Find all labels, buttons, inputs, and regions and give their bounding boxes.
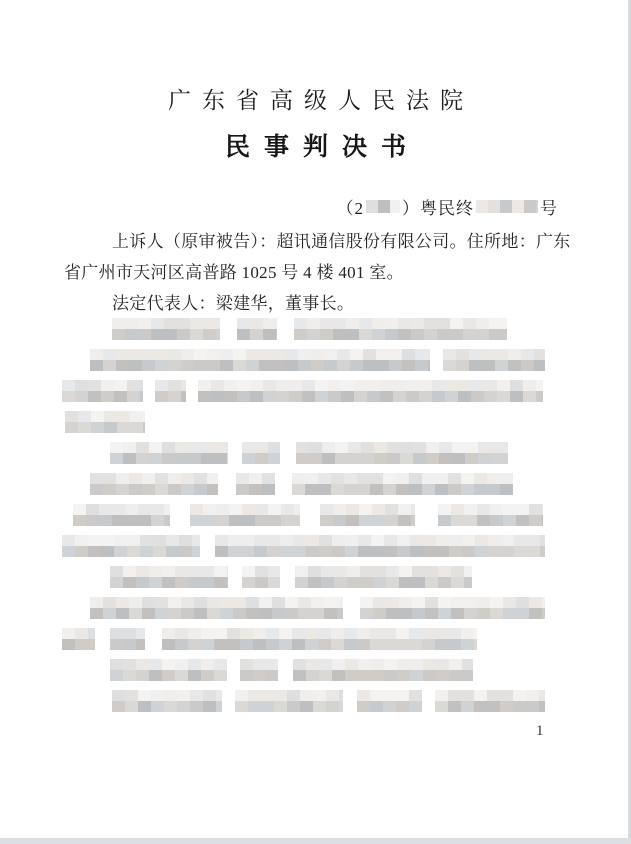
redaction-cell — [436, 546, 449, 557]
redaction-cell — [123, 628, 136, 639]
redaction-cell — [215, 546, 228, 557]
redaction-cell — [168, 608, 181, 619]
redaction-cell — [114, 391, 127, 402]
redaction-cell — [409, 628, 422, 639]
redaction-cell — [88, 535, 101, 546]
redaction-cell — [280, 535, 293, 546]
redaction-cell — [488, 200, 500, 213]
redaction-cell — [125, 504, 138, 515]
redaction-cell — [272, 608, 285, 619]
redaction-cell — [242, 515, 255, 526]
redaction-cell — [461, 639, 474, 650]
redaction-cell — [194, 597, 207, 608]
redaction-cell — [201, 453, 214, 464]
redaction-cell — [438, 608, 451, 619]
redaction-cell — [489, 318, 502, 329]
redaction-cell — [371, 546, 384, 557]
redaction-cell — [188, 442, 201, 453]
redaction-cell — [534, 349, 545, 360]
redaction-cell — [360, 577, 373, 588]
redaction-cell — [436, 535, 449, 546]
redaction-cell — [370, 628, 383, 639]
redaction-cell — [242, 577, 255, 588]
redaction-cell — [117, 422, 130, 433]
redaction-cell — [138, 329, 151, 340]
redaction-cell — [371, 535, 384, 546]
redaction-cell — [188, 670, 201, 681]
redaction-cell — [374, 442, 387, 453]
redaction-cell — [350, 349, 363, 360]
redaction-cell — [201, 639, 214, 650]
redaction-cell — [487, 690, 500, 701]
redaction-cell — [350, 360, 363, 371]
redaction-cell — [514, 535, 527, 546]
redaction-cell — [542, 597, 545, 608]
redaction-cell — [449, 546, 462, 557]
redaction-cell — [411, 329, 424, 340]
redaction-cell — [396, 639, 409, 650]
redaction-cell — [168, 380, 181, 391]
redaction-cell — [344, 473, 357, 484]
redaction-cell — [341, 380, 354, 391]
redaction-cell — [142, 473, 155, 484]
redaction-cell — [190, 318, 203, 329]
redaction-cell — [409, 690, 422, 701]
redaction-cell — [357, 639, 370, 650]
redaction-cell — [428, 349, 430, 360]
redaction-cell — [110, 577, 123, 588]
redaction-cell — [354, 380, 367, 391]
redaction-cell — [306, 659, 319, 670]
redaction-cell — [110, 659, 123, 670]
redaction-cell — [313, 701, 326, 712]
redaction-cell — [249, 484, 262, 495]
redaction-cell — [385, 318, 398, 329]
redaction-cell — [357, 484, 370, 495]
redaction-cell — [464, 504, 477, 515]
redaction-cell — [502, 318, 507, 329]
redaction-cell — [438, 577, 451, 588]
redaction-cell — [292, 628, 305, 639]
redaction-cell — [527, 535, 540, 546]
redaction-cell — [423, 659, 436, 670]
redaction-cell — [117, 411, 130, 422]
redaction-cell — [318, 628, 331, 639]
redaction-cell — [62, 628, 75, 639]
redaction-cell — [116, 597, 129, 608]
redaction-cell — [462, 535, 475, 546]
redaction-cell — [177, 329, 190, 340]
redaction-cell — [315, 380, 328, 391]
redaction-cell — [229, 515, 242, 526]
redaction-cell — [101, 380, 114, 391]
redaction-cell — [149, 577, 162, 588]
redaction-cell — [386, 597, 399, 608]
redaction-cell — [387, 442, 400, 453]
redaction-cell — [214, 566, 227, 577]
redaction-cell — [359, 329, 372, 340]
redaction-cell — [164, 504, 170, 515]
redaction-cell — [220, 349, 233, 360]
redaction-cell — [300, 701, 313, 712]
redaction-cell — [536, 380, 543, 391]
redaction-cell — [188, 628, 201, 639]
redaction-cell — [143, 411, 145, 422]
redaction-cell — [162, 670, 175, 681]
redaction-cell — [428, 360, 430, 371]
redaction-cell — [346, 504, 359, 515]
redaction-cell — [73, 515, 86, 526]
redaction-cell — [164, 515, 170, 526]
redaction-cell — [164, 701, 177, 712]
redaction-cell — [307, 329, 320, 340]
redaction-cell — [491, 442, 504, 453]
redaction-cell — [529, 515, 542, 526]
redaction-cell — [116, 608, 129, 619]
redaction-cell — [175, 659, 188, 670]
redaction-cell — [151, 701, 164, 712]
redaction-cell — [378, 200, 390, 213]
redaction-cell — [233, 597, 246, 608]
redaction-cell — [285, 360, 298, 371]
redaction-cell — [326, 690, 339, 701]
redaction-cell — [370, 484, 383, 495]
redaction-cell — [374, 453, 387, 464]
redaction-cell — [142, 484, 155, 495]
redaction-cell — [435, 473, 448, 484]
redaction-cell — [424, 329, 437, 340]
redaction-cell — [450, 329, 463, 340]
redaction-cell — [116, 360, 129, 371]
redaction-cell — [149, 566, 162, 577]
redaction-cell — [129, 597, 142, 608]
redaction-cell — [110, 670, 123, 681]
redaction-cell — [456, 360, 469, 371]
redaction-cell — [194, 349, 207, 360]
redaction-cell — [262, 484, 275, 495]
redaction-cell — [241, 535, 254, 546]
redaction-cell — [110, 566, 123, 577]
redaction-cell — [367, 380, 380, 391]
redaction-cell — [261, 690, 274, 701]
redaction-cell — [489, 329, 502, 340]
redaction-cell — [201, 566, 214, 577]
redaction-cell — [263, 329, 276, 340]
redaction-cell — [324, 349, 337, 360]
redaction-cell — [503, 504, 516, 515]
redaction-cell — [474, 628, 477, 639]
redaction-cell — [168, 597, 181, 608]
redaction-cell — [500, 484, 513, 495]
redaction-cell — [177, 701, 190, 712]
redaction-cell — [227, 566, 228, 577]
redaction-cell — [445, 380, 458, 391]
redaction-cell — [129, 608, 142, 619]
redaction-cell — [321, 577, 334, 588]
redaction-cell — [326, 701, 339, 712]
redaction-cell — [211, 380, 224, 391]
redaction-cell — [91, 422, 104, 433]
redaction-cell — [337, 349, 350, 360]
redaction-cell — [129, 484, 142, 495]
redaction-cell — [529, 504, 542, 515]
redaction-cell — [396, 701, 409, 712]
redaction-cell — [458, 380, 471, 391]
redaction-cell — [62, 380, 75, 391]
redaction-cell — [268, 504, 281, 515]
redaction-cell — [240, 659, 253, 670]
redaction-cell — [190, 690, 203, 701]
redaction-cell — [475, 546, 488, 557]
redaction-cell — [201, 628, 214, 639]
redaction-cell — [266, 628, 279, 639]
redaction-cell — [450, 318, 463, 329]
redaction-cell — [75, 380, 88, 391]
redaction-cell — [86, 515, 99, 526]
court-name-title: 广东省高级人民法院 — [0, 82, 631, 115]
redaction-cell — [345, 659, 358, 670]
redaction-cell — [276, 318, 277, 329]
redaction-cell — [402, 360, 415, 371]
redaction-cell — [254, 546, 267, 557]
redaction-cell — [495, 360, 508, 371]
redaction-cell — [164, 318, 177, 329]
redaction-cell — [383, 628, 396, 639]
redaction-cell — [181, 349, 194, 360]
redaction-cell — [495, 349, 508, 360]
redaction-cell — [415, 349, 428, 360]
redaction-cell — [331, 628, 344, 639]
redaction-cell — [513, 690, 526, 701]
redaction-cell — [412, 608, 425, 619]
redaction-cell — [227, 577, 228, 588]
redaction-cell — [249, 473, 262, 484]
redaction-cell — [175, 442, 188, 453]
redaction-cell — [293, 670, 306, 681]
redaction-cell — [484, 391, 497, 402]
redaction-cell — [425, 577, 438, 588]
redaction-cell — [242, 566, 255, 577]
redaction-cell — [332, 535, 345, 546]
redaction-cell — [425, 597, 438, 608]
redaction-cell — [476, 329, 489, 340]
redaction-cell — [262, 473, 275, 484]
redaction-cell — [112, 515, 125, 526]
redaction-cell — [320, 318, 333, 329]
redaction-cell — [198, 391, 211, 402]
redaction-cell — [116, 484, 129, 495]
redaction-cell — [246, 349, 259, 360]
redaction-cell — [462, 659, 473, 670]
redaction-cell — [88, 546, 101, 557]
redaction-cell — [399, 566, 412, 577]
redaction-cell — [389, 360, 402, 371]
redaction-cell — [380, 391, 393, 402]
redaction-cell — [268, 566, 280, 577]
redaction-cell — [482, 360, 495, 371]
case-number-line: （2 ）粤民终 号 — [337, 194, 559, 219]
redaction-cell — [503, 515, 516, 526]
redaction-cell — [129, 360, 142, 371]
redaction-cell — [237, 380, 250, 391]
redaction-cell — [285, 597, 298, 608]
redaction-cell — [311, 597, 324, 608]
redaction-cell — [214, 670, 227, 681]
redaction-cell — [168, 484, 181, 495]
redaction-cell — [250, 329, 263, 340]
redaction-cell — [136, 659, 149, 670]
redaction-cell — [504, 453, 508, 464]
redaction-cell — [423, 546, 436, 557]
redaction-cell — [214, 628, 227, 639]
redaction-cell — [300, 690, 313, 701]
redaction-cell — [90, 608, 103, 619]
redaction-cell — [474, 690, 487, 701]
redaction-cell — [410, 546, 423, 557]
redaction-cell — [175, 639, 188, 650]
redaction-cell — [497, 391, 510, 402]
redaction-cell — [409, 701, 422, 712]
redaction-cell — [164, 690, 177, 701]
redaction-cell — [240, 670, 253, 681]
redaction-cell — [166, 546, 179, 557]
redaction-cell — [259, 349, 272, 360]
redaction-cell — [276, 380, 289, 391]
redaction-cell — [289, 391, 302, 402]
redaction-cell — [357, 628, 370, 639]
redaction-cell — [295, 577, 308, 588]
redaction-cell — [177, 690, 190, 701]
redaction-cell — [151, 690, 164, 701]
redaction-cell — [385, 515, 398, 526]
redaction-cell — [188, 566, 201, 577]
redaction-cell — [268, 442, 280, 453]
redaction-cell — [250, 318, 263, 329]
redaction-cell — [305, 484, 318, 495]
redaction-cell — [333, 515, 346, 526]
redaction-cell — [246, 360, 259, 371]
redaction-cell — [261, 701, 274, 712]
redaction-cell — [373, 608, 386, 619]
redaction-cell — [462, 546, 475, 557]
redaction-cell — [164, 329, 177, 340]
redaction-cell — [129, 473, 142, 484]
redaction-cell — [203, 329, 216, 340]
redaction-cell — [78, 422, 91, 433]
case-number-suffix: 号 — [540, 194, 558, 219]
redaction-cell — [153, 535, 166, 546]
redaction-cell — [201, 577, 214, 588]
redaction-cell — [151, 504, 164, 515]
redaction-cell — [432, 380, 445, 391]
redaction-cell — [104, 411, 117, 422]
redaction-cell — [346, 515, 359, 526]
redaction-cell — [255, 566, 268, 577]
redaction-cell — [255, 504, 268, 515]
redaction-cell — [523, 380, 536, 391]
redaction-cell — [449, 659, 462, 670]
redaction-cell — [306, 670, 319, 681]
redaction-cell — [129, 349, 142, 360]
redaction-cell — [539, 690, 545, 701]
redaction-cell — [484, 380, 497, 391]
redaction-cell — [320, 515, 333, 526]
redaction-cell — [445, 391, 458, 402]
redaction-cell — [397, 670, 410, 681]
redaction-cell — [237, 329, 250, 340]
redaction-cell — [242, 504, 255, 515]
redaction-cell — [359, 504, 372, 515]
redaction-cell — [500, 200, 512, 213]
redaction-cell — [194, 608, 207, 619]
redaction-cell — [123, 639, 136, 650]
redaction-cell — [328, 391, 341, 402]
redaction-cell — [503, 608, 516, 619]
redaction-cell — [103, 473, 116, 484]
redaction-cell — [402, 349, 415, 360]
redaction-cell — [397, 546, 410, 557]
redaction-cell — [439, 442, 452, 453]
document-type-title: 民事判决书 — [0, 127, 631, 163]
redaction-cell — [149, 670, 162, 681]
redaction-cell — [292, 639, 305, 650]
redaction-cell — [101, 546, 114, 557]
redaction-cell — [398, 515, 411, 526]
redaction-cell — [203, 690, 216, 701]
redaction-cell — [162, 628, 175, 639]
redaction-cell — [268, 577, 280, 588]
redaction-cell — [354, 391, 367, 402]
redaction-cell — [363, 349, 376, 360]
redaction-cell — [181, 360, 194, 371]
redaction-cell — [346, 318, 359, 329]
redaction-cell — [175, 577, 188, 588]
redaction-cell — [214, 442, 227, 453]
redaction-cell — [138, 690, 151, 701]
redaction-cell — [409, 484, 422, 495]
redaction-cell — [114, 380, 127, 391]
redaction-cell — [142, 608, 155, 619]
redaction-cell — [279, 639, 292, 650]
redaction-cell — [490, 608, 503, 619]
redaction-cell — [448, 484, 461, 495]
redaction-cell — [280, 546, 293, 557]
redaction-cell — [162, 659, 175, 670]
redaction-cell — [90, 349, 103, 360]
redaction-cell — [497, 380, 510, 391]
redaction-cell — [406, 391, 419, 402]
case-number-prefix: （2 — [337, 194, 365, 219]
redaction-cell — [432, 391, 445, 402]
redaction-cell — [471, 391, 484, 402]
redaction-cell — [149, 442, 162, 453]
redaction-cell — [203, 504, 216, 515]
redaction-cell — [422, 473, 435, 484]
redaction-cell — [181, 608, 194, 619]
redaction-cell — [521, 349, 534, 360]
redaction-cell — [363, 360, 376, 371]
redaction-cell — [162, 453, 175, 464]
redaction-cell — [127, 546, 140, 557]
redaction-cell — [229, 504, 242, 515]
redaction-cell — [477, 608, 490, 619]
redaction-cell — [179, 535, 192, 546]
redaction-cell — [324, 597, 337, 608]
redaction-cell — [370, 690, 383, 701]
redaction-cell — [383, 701, 396, 712]
redaction-cell — [478, 442, 491, 453]
redaction-cell — [90, 484, 103, 495]
